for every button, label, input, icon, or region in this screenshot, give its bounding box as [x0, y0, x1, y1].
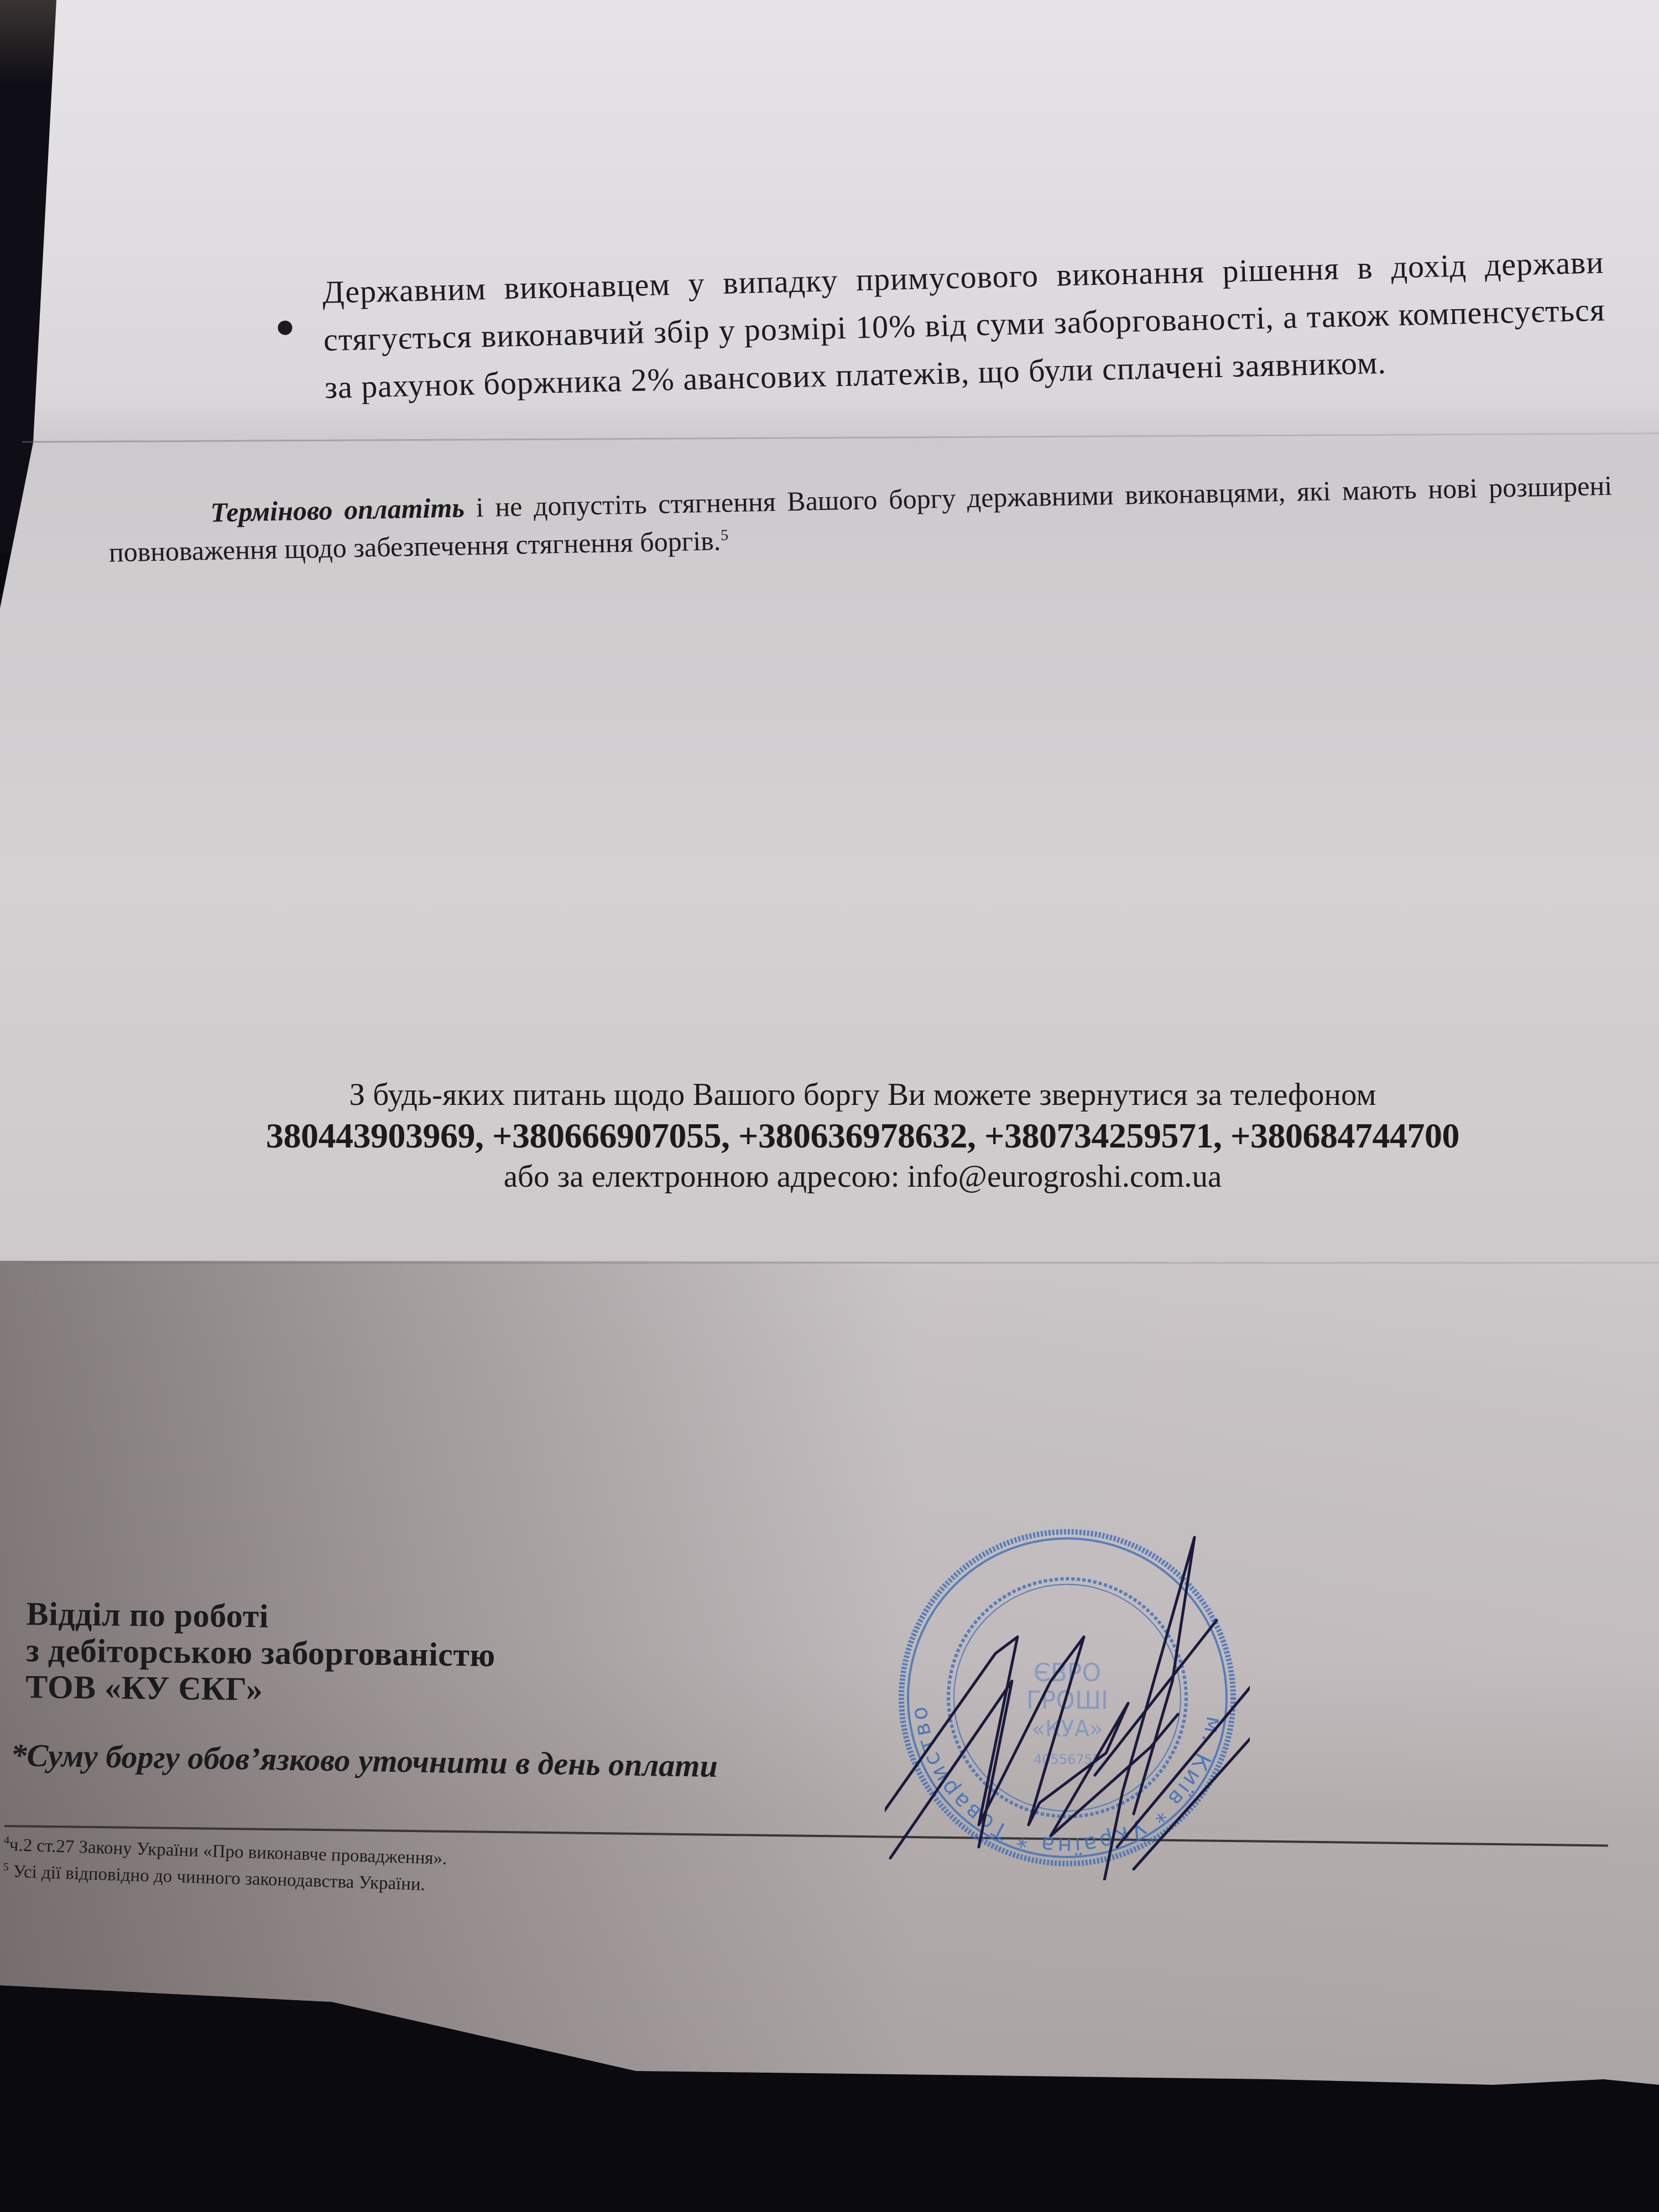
sender-block: Відділ по роботі з дебіторською заборгов…	[25, 1595, 745, 1713]
company-stamp-icon: м. Київ * Україна * Товариство з обмежен…	[885, 1515, 1250, 1880]
contact-block: З будь-яких питань щодо Вашого боргу Ви …	[205, 1076, 1521, 1196]
contact-email-line: або за електронною адресою: info@eurogro…	[205, 1157, 1521, 1196]
bullet-icon	[278, 320, 293, 335]
contact-intro: З будь-яких питань щодо Вашого боргу Ви …	[205, 1076, 1521, 1114]
sender-line-3: ТОВ «КУ ЄКГ»	[25, 1668, 745, 1713]
contact-phones: 380443903969, +380666907055, +3806369786…	[205, 1114, 1521, 1157]
bullet-text: Державним виконавцем у випадку примусово…	[322, 238, 1606, 411]
urgent-lead: Терміново оплатіть	[210, 492, 465, 528]
svg-text:«КУА»: «КУА»	[1031, 1717, 1103, 1742]
footnote-ref: 5	[721, 526, 729, 544]
email-address: info@eurogroshi.com.ua	[907, 1159, 1222, 1194]
email-prefix: або за електронною адресою:	[504, 1159, 907, 1194]
svg-text:ЄВРО: ЄВРО	[1034, 1659, 1101, 1687]
page-fold-line	[22, 1262, 1659, 1264]
